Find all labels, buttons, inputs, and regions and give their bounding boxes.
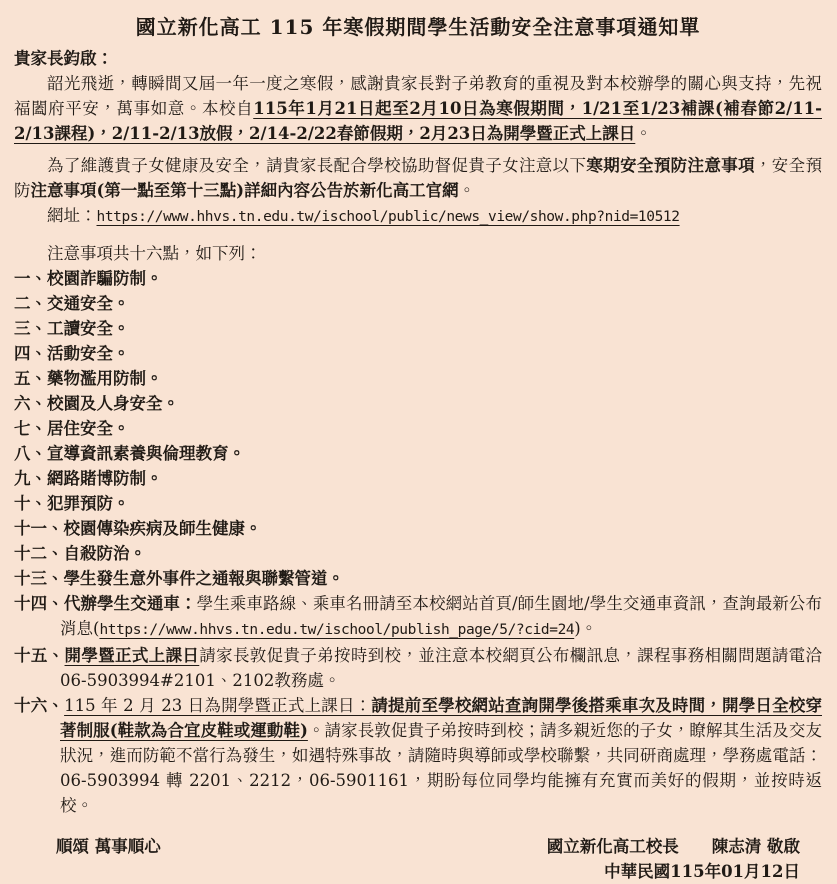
list-item-15: 十五、開學暨正式上課日請家長敦促貴子弟按時到校，並注意本校網頁公布欄訊息，課程事… <box>14 643 822 693</box>
item-text: 工讀安全。 <box>47 319 130 338</box>
list-item-2: 二、交通安全。 <box>14 291 822 316</box>
page-title: 國立新化高工 115 年寒假期間學生活動安全注意事項通知單 <box>14 12 822 42</box>
item-text: 活動安全。 <box>47 344 130 363</box>
item-number: 十六、 <box>14 696 64 715</box>
item-number: 五、 <box>14 369 47 388</box>
para2-seg5: 。 <box>459 181 476 200</box>
notice-document: 國立新化高工 115 年寒假期間學生活動安全注意事項通知單 貴家長鈞啟： 韶光飛… <box>0 0 837 884</box>
principal-signature: 國立新化高工校長 陳志清 敬啟 <box>547 834 800 859</box>
paragraph-intro: 韶光飛逝，轉瞬間又屆一年一度之寒假，感謝貴家長對子弟教育的重視及對本校辦學的關心… <box>14 71 822 146</box>
item-number: 二、 <box>14 294 47 313</box>
item-number: 六、 <box>14 394 47 413</box>
item-number: 十二、 <box>14 544 64 563</box>
list-item-10: 十、犯罪預防。 <box>14 491 822 516</box>
item-text: 學生發生意外事件之通報與聯繫管道。 <box>64 569 345 588</box>
list-item-7: 七、居住安全。 <box>14 416 822 441</box>
closing-greeting: 順頌 萬事順心 <box>56 834 161 859</box>
notice-list: 一、校園詐騙防制。 二、交通安全。 三、工讀安全。 四、活動安全。 五、藥物濫用… <box>14 266 822 818</box>
item-number: 一、 <box>14 269 47 288</box>
list-item-6: 六、校園及人身安全。 <box>14 391 822 416</box>
item-text: 藥物濫用防制。 <box>47 369 163 388</box>
item-number: 八、 <box>14 444 47 463</box>
item-number: 十三、 <box>14 569 64 588</box>
item14-head: 代辦學生交通車： <box>64 594 197 613</box>
list-item-11: 十一、校園傳染疾病及師生健康。 <box>14 516 822 541</box>
website-label: 網址： <box>47 206 97 225</box>
issue-date: 中華民國115年01月12日 <box>14 859 822 884</box>
para2-seg1: 為了維護貴子女健康及安全，請貴家長配合學校協助督促貴子女注意以下 <box>47 156 586 175</box>
item-number: 七、 <box>14 419 47 438</box>
para2-safety-notice: 寒期安全預防注意事項 <box>586 156 755 175</box>
list-item-13: 十三、學生發生意外事件之通報與聯繫管道。 <box>14 566 822 591</box>
item-text: 自殺防治。 <box>64 544 147 563</box>
list-item-1: 一、校園詐騙防制。 <box>14 266 822 291</box>
item-text: 網路賭博防制。 <box>47 469 163 488</box>
item-number: 九、 <box>14 469 47 488</box>
website-line: 網址：https://www.hhvs.tn.edu.tw/ischool/pu… <box>14 203 822 230</box>
list-item-8: 八、宣導資訊素養與倫理教育。 <box>14 441 822 466</box>
item-number: 十五、 <box>14 646 65 665</box>
item-text: 校園及人身安全。 <box>47 394 179 413</box>
list-intro: 注意事項共十六點，如下列： <box>14 241 822 266</box>
list-item-14: 十四、代辦學生交通車：學生乘車路線、乘車名冊請至本校網站首頁/師生園地/學生交通… <box>14 591 822 643</box>
item-text: 校園傳染疾病及師生健康。 <box>64 519 262 538</box>
salutation: 貴家長鈞啟： <box>14 46 822 71</box>
item16-date: 115 年 2 月 23 日為開學暨正式上課日： <box>64 696 371 715</box>
list-item-5: 五、藥物濫用防制。 <box>14 366 822 391</box>
list-item-9: 九、網路賭博防制。 <box>14 466 822 491</box>
item-number: 十四、 <box>14 594 64 613</box>
item-text: 犯罪預防。 <box>47 494 130 513</box>
closing-row: 順頌 萬事順心 國立新化高工校長 陳志清 敬啟 <box>14 834 822 859</box>
item-number: 四、 <box>14 344 47 363</box>
item-number: 三、 <box>14 319 47 338</box>
list-item-16: 十六、115 年 2 月 23 日為開學暨正式上課日：請提前至學校網站查詢開學後… <box>14 693 822 818</box>
item-number: 十一、 <box>14 519 64 538</box>
list-item-4: 四、活動安全。 <box>14 341 822 366</box>
item-number: 十、 <box>14 494 47 513</box>
item15-head: 開學暨正式上課日 <box>65 646 200 665</box>
news-url-link[interactable]: https://www.hhvs.tn.edu.tw/ischool/publi… <box>97 209 680 225</box>
item-text: 校園詐騙防制。 <box>47 269 163 288</box>
item14-tail: )。 <box>574 619 597 638</box>
para1-tail: 。 <box>635 124 652 143</box>
item-text: 宣導資訊素養與倫理教育。 <box>47 444 245 463</box>
list-item-12: 十二、自殺防治。 <box>14 541 822 566</box>
item-text: 居住安全。 <box>47 419 130 438</box>
list-item-3: 三、工讀安全。 <box>14 316 822 341</box>
para2-notice-detail: 注意事項(第一點至第十三點)詳細內容公告於新化高工官網 <box>31 181 459 200</box>
paragraph-safety: 為了維護貴子女健康及安全，請貴家長配合學校協助督促貴子女注意以下寒期安全預防注意… <box>14 153 822 203</box>
item-text: 交通安全。 <box>47 294 130 313</box>
bus-info-url-link[interactable]: https://www.hhvs.tn.edu.tw/ischool/publi… <box>99 622 574 638</box>
